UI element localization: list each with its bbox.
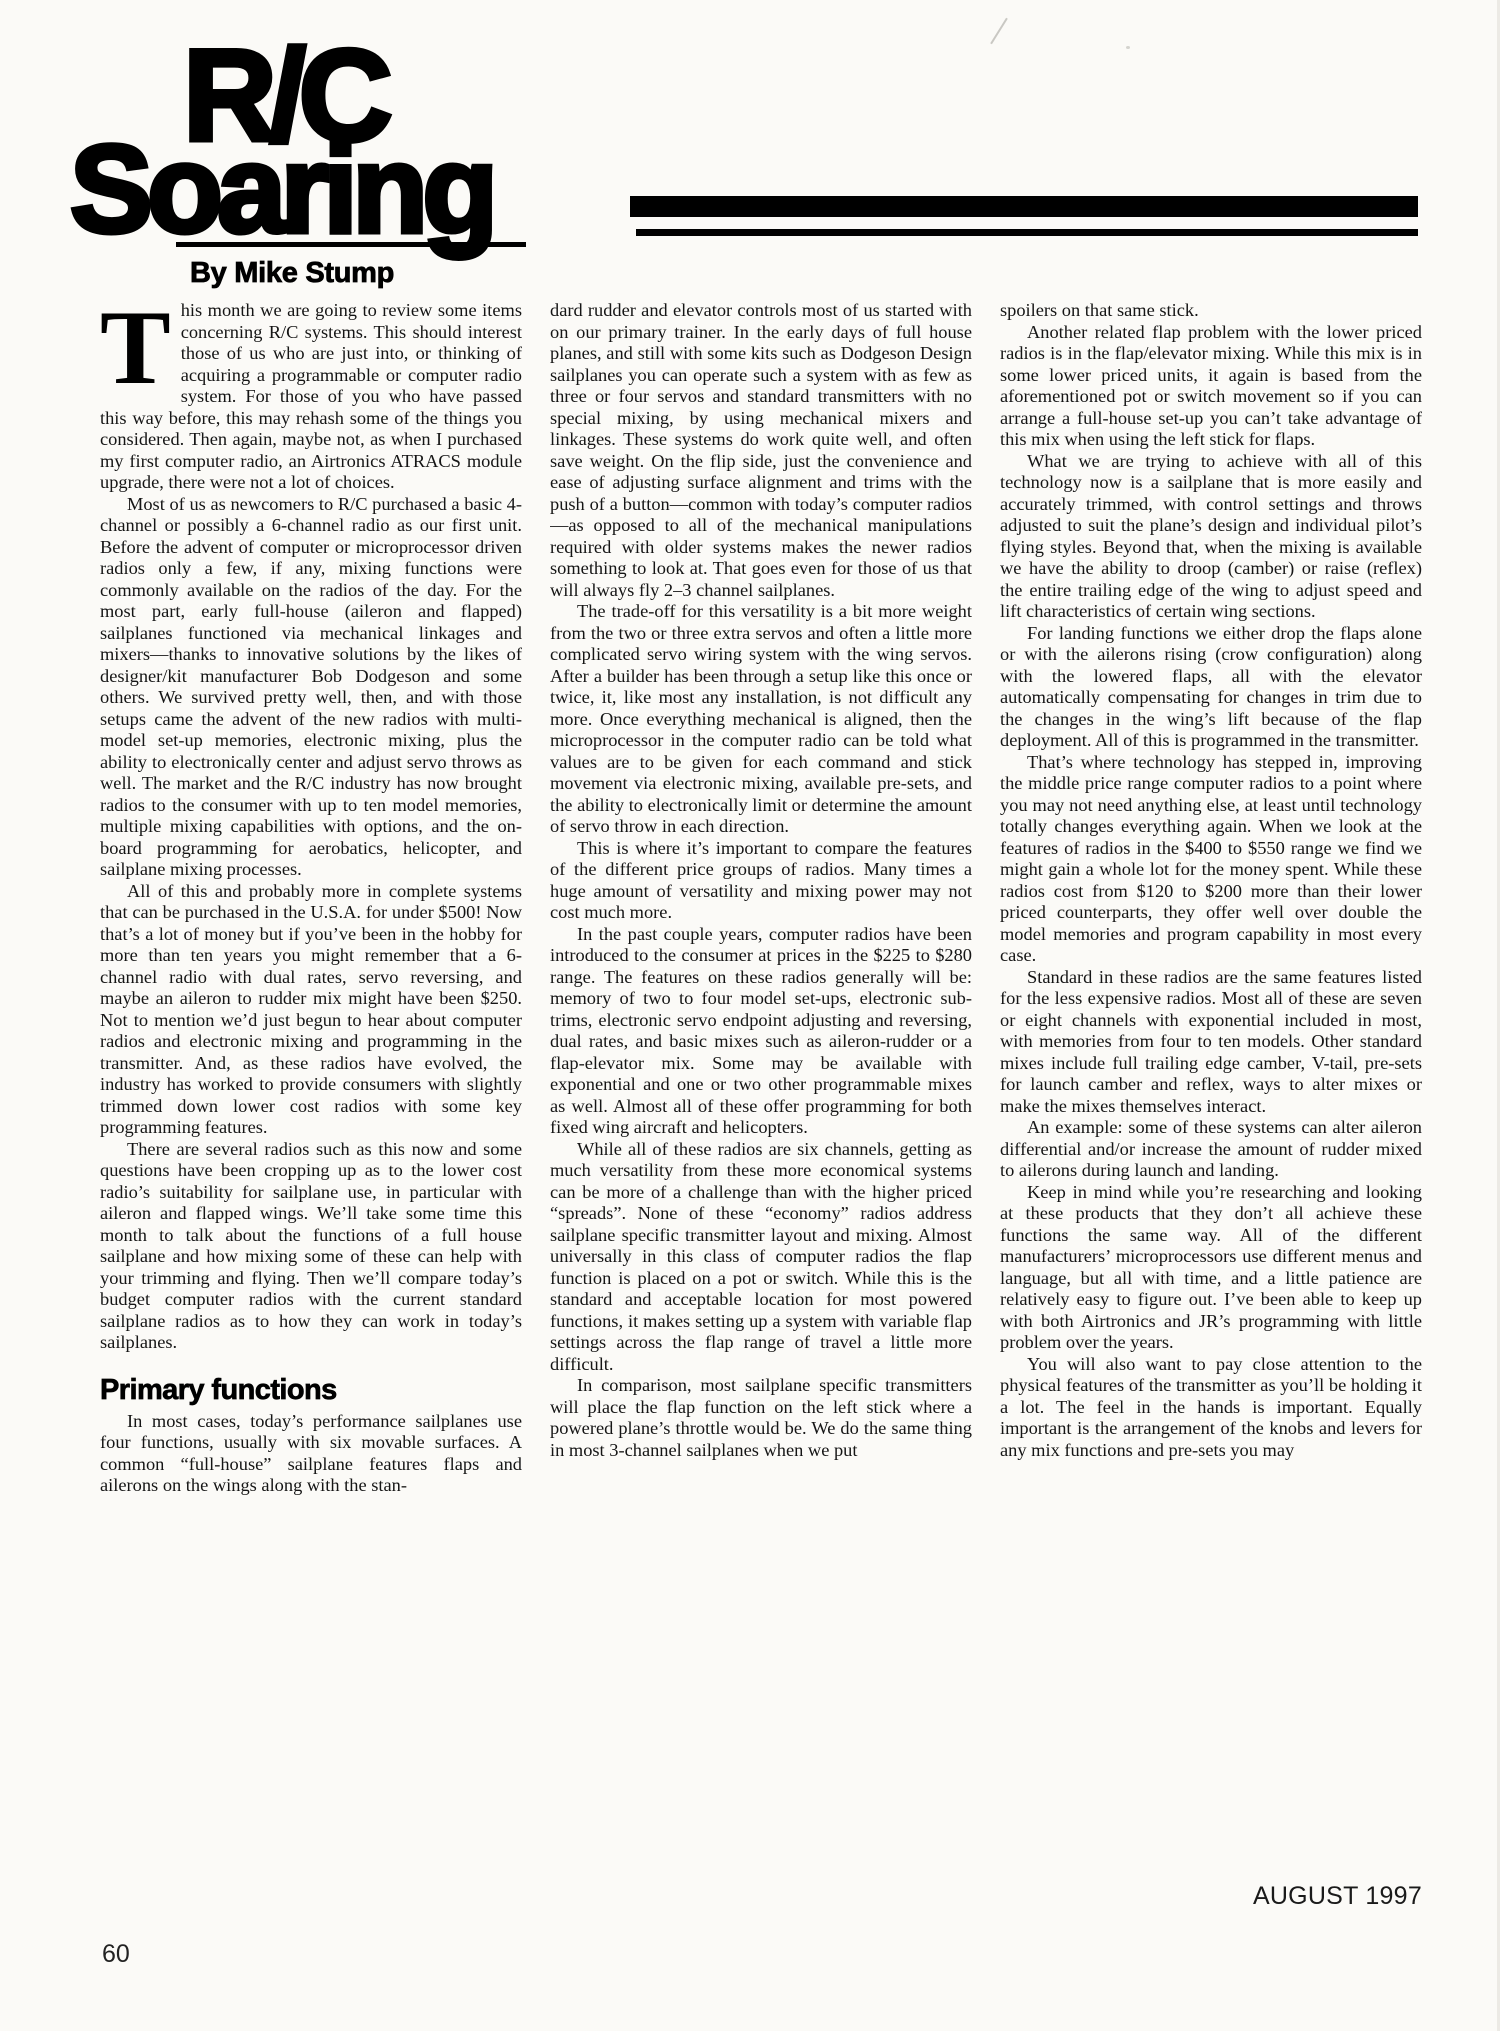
article-paragraph: All of this and probably more in complet… <box>100 881 522 1139</box>
magazine-page: R/C Soaring By Mike Stump This month we … <box>0 0 1500 2031</box>
article-paragraph: This month we are going to review some i… <box>100 300 522 494</box>
article-paragraph: In comparison, most sailplane specific t… <box>550 1375 972 1461</box>
article-paragraph: Keep in mind while you’re researching an… <box>1000 1182 1422 1354</box>
logo-underline-rule <box>176 242 526 247</box>
article-paragraph: An example: some of these systems can al… <box>1000 1117 1422 1182</box>
logo-title-soaring: Soaring <box>70 128 493 252</box>
drop-cap: T <box>100 307 171 389</box>
article-paragraph: What we are trying to achieve with all o… <box>1000 451 1422 623</box>
article-paragraph: In most cases, today’s performance sailp… <box>100 1411 522 1497</box>
column-1: This month we are going to review some i… <box>100 300 522 1497</box>
scan-speck <box>1126 46 1130 49</box>
article-body: This month we are going to review some i… <box>100 300 1422 1497</box>
masthead-thick-rule <box>630 196 1418 217</box>
article-paragraph: For landing functions we either drop the… <box>1000 623 1422 752</box>
column-3: spoilers on that same stick. Another rel… <box>1000 300 1422 1497</box>
section-heading-primary-functions: Primary functions <box>100 1375 522 1405</box>
article-paragraph-continued: spoilers on that same stick. <box>1000 300 1422 322</box>
scan-scratch-mark <box>990 18 1008 45</box>
article-paragraph: Another related flap problem with the lo… <box>1000 322 1422 451</box>
issue-date: AUGUST 1997 <box>1253 1882 1422 1911</box>
article-paragraph-continued: dard rudder and elevator controls most o… <box>550 300 972 601</box>
article-paragraph: There are several radios such as this no… <box>100 1139 522 1354</box>
article-paragraph: That’s where technology has stepped in, … <box>1000 752 1422 967</box>
column-2: dard rudder and elevator controls most o… <box>550 300 972 1497</box>
article-paragraph: In the past couple years, computer radio… <box>550 924 972 1139</box>
article-paragraph: You will also want to pay close attentio… <box>1000 1354 1422 1462</box>
article-paragraph: Most of us as newcomers to R/C purchased… <box>100 494 522 881</box>
masthead-thin-rule <box>636 229 1418 236</box>
page-number: 60 <box>102 1940 130 1969</box>
article-paragraph: This is where it’s important to compare … <box>550 838 972 924</box>
article-paragraph: Standard in these radios are the same fe… <box>1000 967 1422 1118</box>
article-paragraph: While all of these radios are six channe… <box>550 1139 972 1376</box>
article-paragraph: The trade-off for this versatility is a … <box>550 601 972 838</box>
byline: By Mike Stump <box>190 257 394 290</box>
